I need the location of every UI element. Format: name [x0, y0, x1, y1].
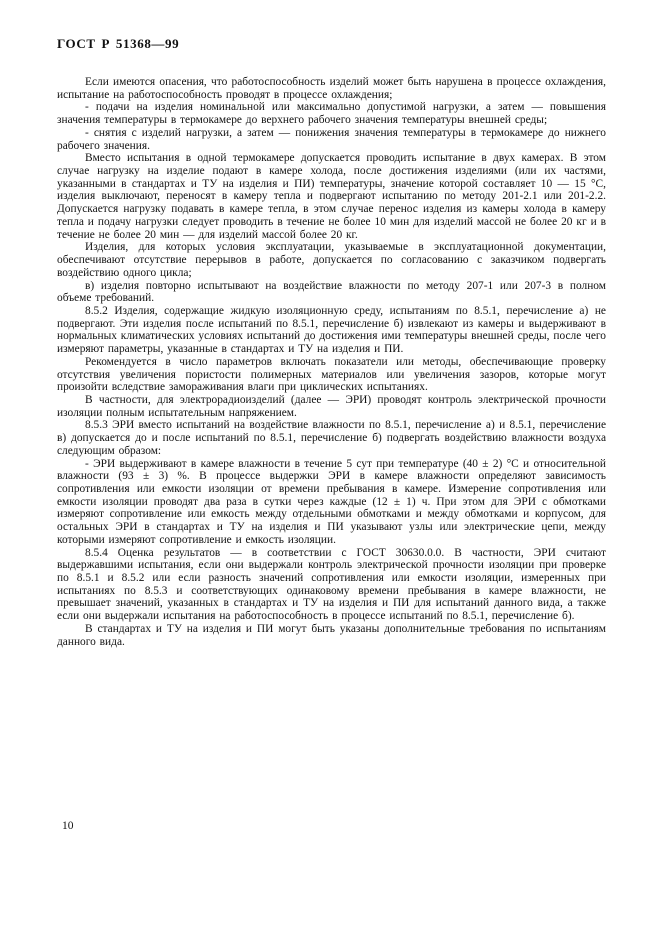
paragraph: - ЭРИ выдерживают в камере влажности в т… — [57, 458, 606, 547]
document-page: ГОСТ Р 51368—99 Если имеются опасения, ч… — [0, 0, 661, 936]
paragraph: 8.5.3 ЭРИ вместо испытаний на воздействи… — [57, 419, 606, 457]
paragraph: Изделия, для которых условия эксплуатаци… — [57, 241, 606, 279]
paragraph: в) изделия повторно испытывают на воздей… — [57, 280, 606, 305]
standard-number: ГОСТ Р 51368—99 — [57, 36, 179, 52]
paragraph: В стандартах и ТУ на изделия и ПИ могут … — [57, 623, 606, 648]
document-body: Если имеются опасения, что работоспособн… — [57, 76, 606, 648]
paragraph: 8.5.2 Изделия, содержащие жидкую изоляци… — [57, 305, 606, 356]
page-number: 10 — [62, 820, 74, 832]
paragraph: Рекомендуется в число параметров включат… — [57, 356, 606, 394]
paragraph: Вместо испытания в одной термокамере доп… — [57, 152, 606, 241]
paragraph: 8.5.4 Оценка результатов — в соответстви… — [57, 547, 606, 623]
paragraph: - снятия с изделий нагрузки, а затем — п… — [57, 127, 606, 152]
paragraph: Если имеются опасения, что работоспособн… — [57, 76, 606, 101]
paragraph: - подачи на изделия номинальной или макс… — [57, 101, 606, 126]
paragraph: В частности, для электрорадиоизделий (да… — [57, 394, 606, 419]
